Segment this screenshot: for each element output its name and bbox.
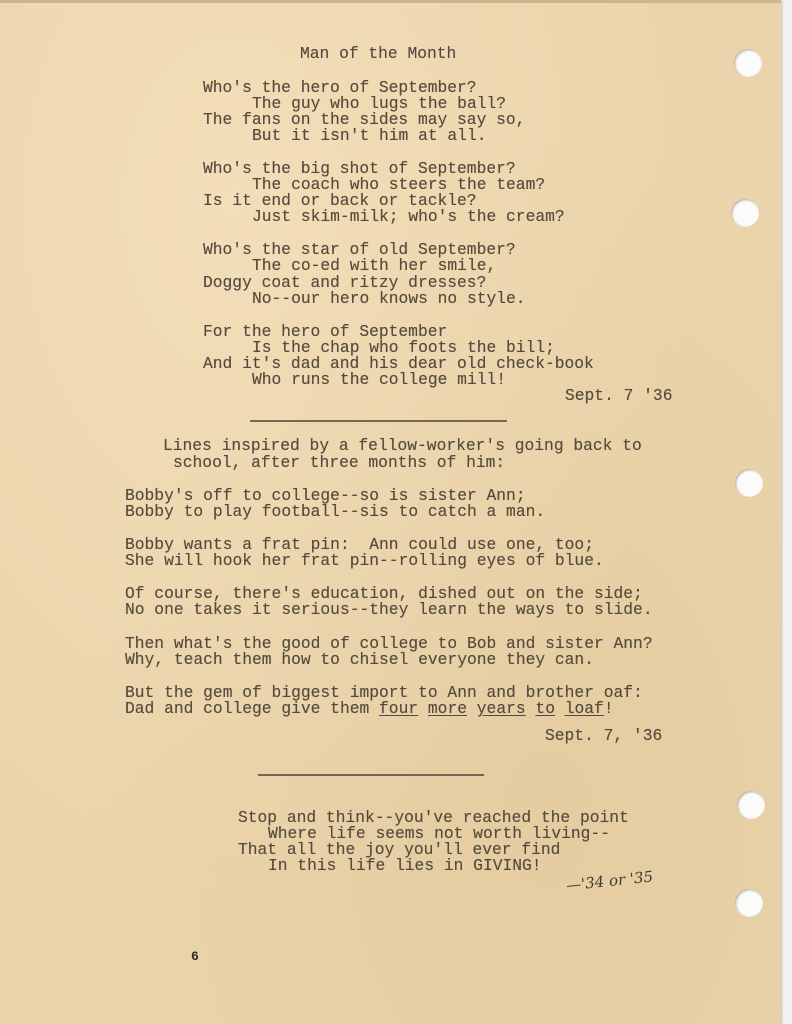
poem-date: Sept. 7 '36 [565,388,672,405]
binder-hole [735,889,763,917]
poem-line: Just skim-milk; who's the cream? [252,209,565,226]
poem-line: Bobby to play football--sis to catch a m… [125,504,545,521]
poem-date: Sept. 7, '36 [545,728,662,745]
poem-line: She will hook her frat pin--rolling eyes… [125,553,604,570]
poem-line-underlined: Dad and college give them four more year… [125,701,614,718]
binder-hole [735,469,763,497]
section-divider [258,774,484,776]
poem-line: But it isn't him at all. [252,128,487,145]
document-page: Man of the Month Who's the hero of Septe… [0,0,781,1024]
poem-line-end: ! [604,699,614,718]
section-divider [250,420,507,422]
underlined-word: loaf [565,699,604,718]
poem-line-start: Dad and college give them [125,699,379,718]
underlined-word: more [428,699,467,718]
binder-hole [734,49,762,77]
poem-line: In this life lies in GIVING! [268,858,542,875]
poem-line: Who runs the college mill! [252,372,506,389]
poem-line: No--our hero knows no style. [252,291,526,308]
poem-intro: school, after three months of him: [173,455,505,472]
page-number: 6 [191,949,199,964]
handwritten-date: —'34 or '35 [565,867,654,894]
underlined-word: four [379,699,418,718]
underlined-word: to [535,699,555,718]
poem-title: Man of the Month [300,46,456,63]
underlined-word: years [477,699,526,718]
page-top-edge [0,0,781,3]
poem-line: No one takes it serious--they learn the … [125,602,653,619]
binder-hole [737,791,765,819]
binder-hole [731,199,759,227]
poem-line: Why, teach them how to chisel everyone t… [125,652,594,669]
